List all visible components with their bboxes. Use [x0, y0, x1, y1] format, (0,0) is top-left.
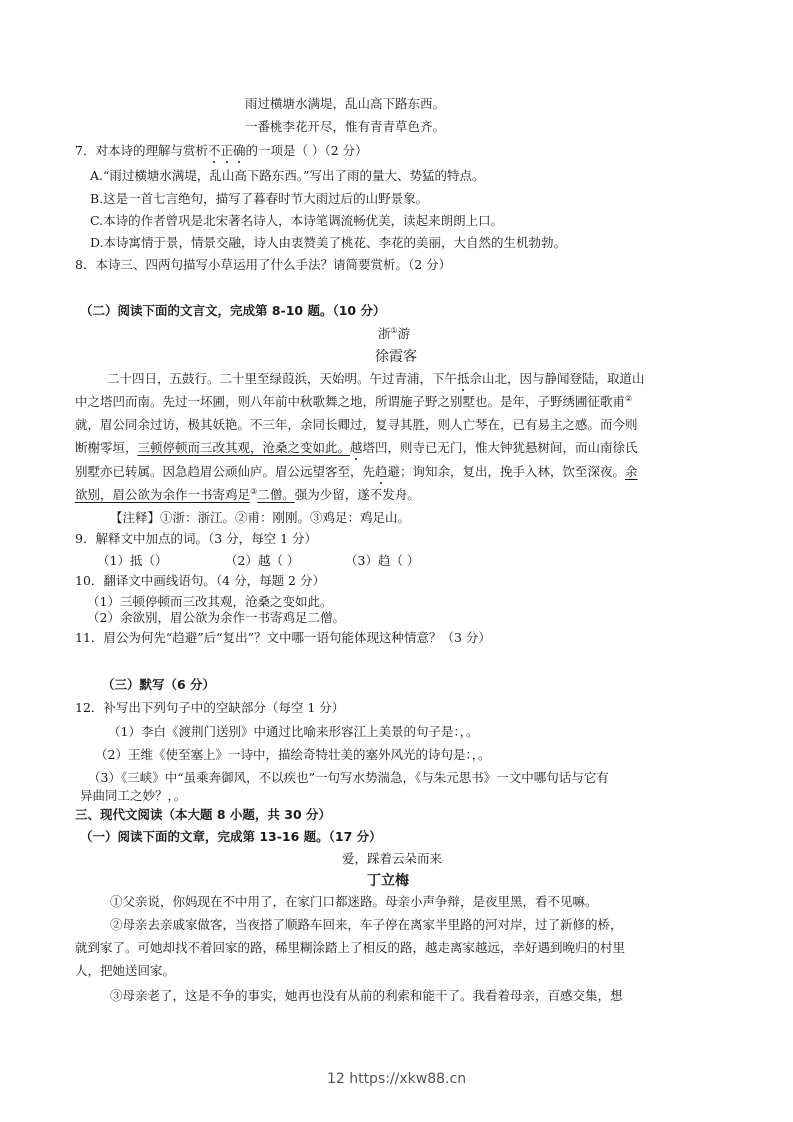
- q12-item-1: （1）李白《渡荆门送别》中通过比喻来形容江上美景的句子是：，。: [108, 726, 478, 739]
- question-12: 12．补写出下列句子中的空缺部分（每空 1 分）: [75, 702, 344, 715]
- classical-para-line-3: 就，眉公同余过访，极其妖艳。不三年，余同长卿过，复寻其胜，则人亡琴在，已有易主之…: [75, 419, 638, 432]
- q9-item-3: （3）趋（ ）: [345, 555, 419, 568]
- article-author: 丁立梅: [367, 874, 409, 888]
- q10-item-2: （2）余欲别，眉公欲为余作一书寄鸡足二僧。: [87, 612, 345, 625]
- section-2-heading: （二）阅读下面的文言文，完成第 8-10 题。（10 分）: [80, 305, 385, 318]
- classical-author: 徐霞客: [375, 350, 417, 364]
- q7-option-d: D.本诗寓情于景，情景交融，诗人由衷赞美了桃花、李花的美丽，大自然的生机勃勃。: [90, 237, 566, 250]
- q12-item-3: （3）《三峡》中“虽乘奔御风，不以疾也”一句写水势湍急，《与朱元思书》一文中哪句…: [88, 772, 609, 785]
- question-9: 9．解释文中加点的词。（3 分，每空 1 分）: [75, 533, 317, 546]
- classical-para-line-1: 二十四日，五鼓行。二十里至绿葭浜，天始明。午过青浦，下午抵佘山北，因与静闻登陆，…: [107, 373, 645, 386]
- q9-item-1: （1）抵（）: [97, 555, 167, 568]
- question-10: 10．翻译文中画线语句。（4 分，每题 2 分）: [75, 575, 325, 588]
- q7-option-c: C.本诗的作者曾巩是北宋著名诗人，本诗笔调流畅优美，读起来朗朗上口。: [90, 215, 503, 228]
- page-footer: 12 https://xkw88.cn: [0, 1071, 793, 1087]
- question-11: 11．眉公为何先“趋避”后“复出”？文中哪一语句能体现这种情意？（3 分）: [75, 632, 491, 645]
- article-title: 爱，踩着云朵而来: [342, 853, 442, 866]
- part-3-heading: 三、现代文阅读（本大题 8 小题，共 30 分）: [75, 809, 331, 822]
- classical-para-line-5: 别墅亦已转属。因急趋眉公顽仙庐。眉公远望客至，先趋避；询知余，复出，挽手入林，饮…: [75, 466, 638, 479]
- q12-item-3-cont: 异曲同工之妙？，。: [80, 790, 186, 803]
- article-para-2: ②母亲去亲戚家做客，当夜搭了顺路车回来，车子停在离家半里路的河对岸，过了新修的桥…: [110, 919, 623, 932]
- q7-option-b: B.这是一首七言绝句，描写了暮春时节大雨过后的山野景象。: [90, 193, 428, 206]
- article-para-1: ①父亲说，你妈现在不中用了，在家门口都迷路。母亲小声争辩，是夜里黑，看不见嘛。: [110, 896, 598, 909]
- annotation-note: 【注释】①浙：浙江。②甫：刚刚。③鸡足：鸡足山。: [110, 512, 410, 525]
- poem-line-3: 雨过横塘水满堤，乱山高下路东西。: [245, 98, 445, 111]
- q10-item-1: （1）三顿停顿而三改其观，沧桑之变如此。: [87, 596, 332, 609]
- classical-para-line-4: 断榭零垣，三顿停顿而三改其观，沧桑之变如此。越塔凹，则寺已无门，惟大钟犹悬树间，…: [75, 442, 638, 455]
- article-para-3: ③母亲老了，这是不争的事实，她再也没有从前的利索和能干了。我看着母亲，百感交集，…: [110, 990, 623, 1003]
- article-para-2-cont: 就到家了。可她却找不着回家的路，稀里糊涂踏上了相反的路，越走离家越远，幸好遇到晚…: [75, 942, 625, 955]
- q9-item-2: （2）越（ ）: [225, 555, 299, 568]
- poem-line-4: 一番桃李花开尽，惟有青青草色齐。: [245, 121, 445, 134]
- question-8: 8．本诗三、四两句描写小草运用了什么手法？请简要赏析。（2 分）: [75, 259, 451, 272]
- classical-para-line-2: 中之塔凹而南。先过一坏圃，则八年前中秋歌舞之地，所谓施子野之别墅也。是年，子野绣…: [75, 396, 632, 409]
- section-3-heading: （三）默写（6 分）: [102, 679, 215, 692]
- article-para-2-end: 人，把她送回家。: [75, 965, 175, 978]
- q7-option-a: A.“雨过横塘水满堤，乱山高下路东西。”写出了雨的量大、势猛的特点。: [90, 170, 485, 183]
- question-7: 7．对本诗的理解与赏析不正确的一项是（ ）（2 分）: [75, 145, 368, 158]
- q12-item-2: （2）王维《使至塞上》一诗中，描绘奇特壮美的塞外风光的诗句是：，。: [95, 749, 490, 762]
- part-3-sub-heading: （一）阅读下面的文章，完成第 13-16 题。（17 分）: [80, 831, 382, 844]
- classical-para-line-6: 欲别，眉公欲为余作一书寄鸡足③二僧。强为少留，遂不发舟。: [75, 489, 420, 502]
- classical-title: 浙①游: [378, 328, 410, 341]
